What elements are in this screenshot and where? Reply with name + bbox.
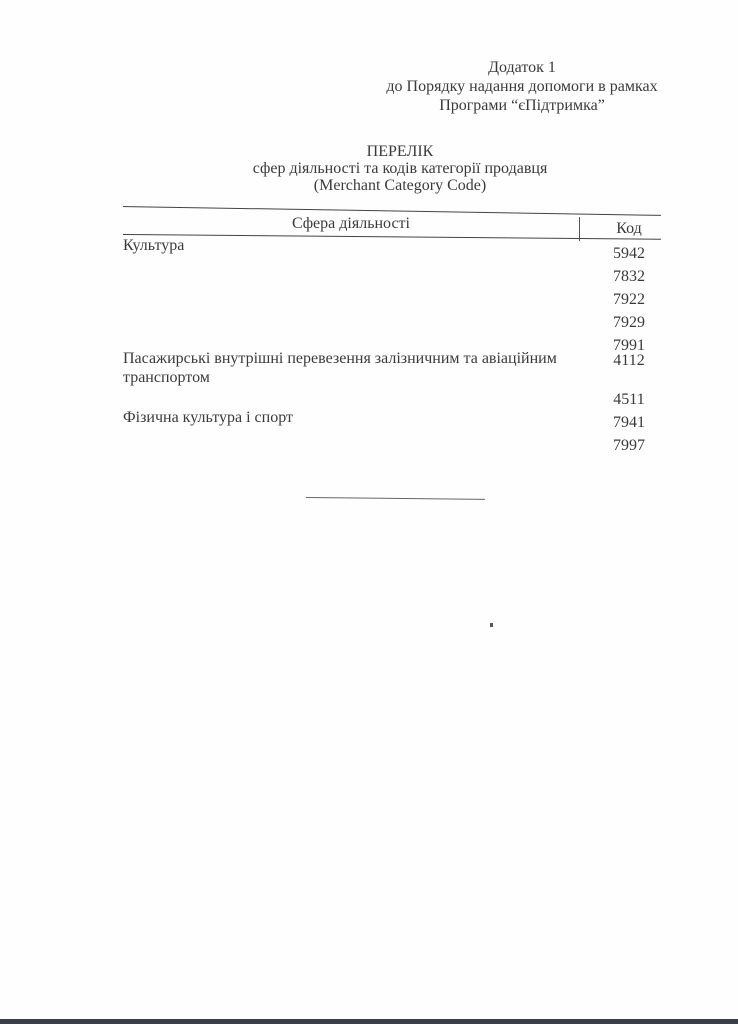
row-code: 5942 bbox=[601, 244, 657, 263]
annex-header: Додаток 1 до Порядку надання допомоги в … bbox=[330, 58, 714, 115]
row-sphere: Фізична культура і спорт bbox=[123, 408, 563, 427]
title-english: (Merchant Category Code) bbox=[160, 177, 640, 194]
closing-rule bbox=[306, 497, 485, 500]
document-title: ПЕРЕЛІК сфер діяльності та кодів категор… bbox=[160, 143, 640, 194]
scan-bottom-edge bbox=[0, 1019, 738, 1024]
annex-number: Додаток 1 bbox=[330, 58, 714, 77]
document-page: Додаток 1 до Порядку надання допомоги в … bbox=[0, 0, 738, 1018]
row-code: 7832 bbox=[601, 267, 657, 286]
row-sphere: Культура bbox=[123, 236, 563, 255]
annex-reference: до Порядку надання допомоги в рамках bbox=[330, 77, 714, 96]
row-code: 7922 bbox=[601, 290, 657, 309]
row-code: 7941 bbox=[601, 413, 657, 432]
column-header-code: Код bbox=[599, 220, 659, 238]
row-code: 4511 bbox=[601, 390, 657, 409]
scan-speck bbox=[490, 623, 493, 627]
row-code: 4112 bbox=[601, 351, 657, 370]
row-sphere: Пасажирські внутрішні перевезення залізн… bbox=[123, 349, 563, 387]
row-code: 7997 bbox=[601, 436, 657, 455]
row-code: 7929 bbox=[601, 313, 657, 332]
title-subtitle: сфер діяльності та кодів категорії прода… bbox=[160, 160, 640, 177]
title-heading: ПЕРЕЛІК bbox=[160, 143, 640, 160]
annex-program: Програми “єПідтримка” bbox=[330, 96, 714, 115]
column-header-sphere: Сфера діяльності bbox=[123, 215, 579, 233]
